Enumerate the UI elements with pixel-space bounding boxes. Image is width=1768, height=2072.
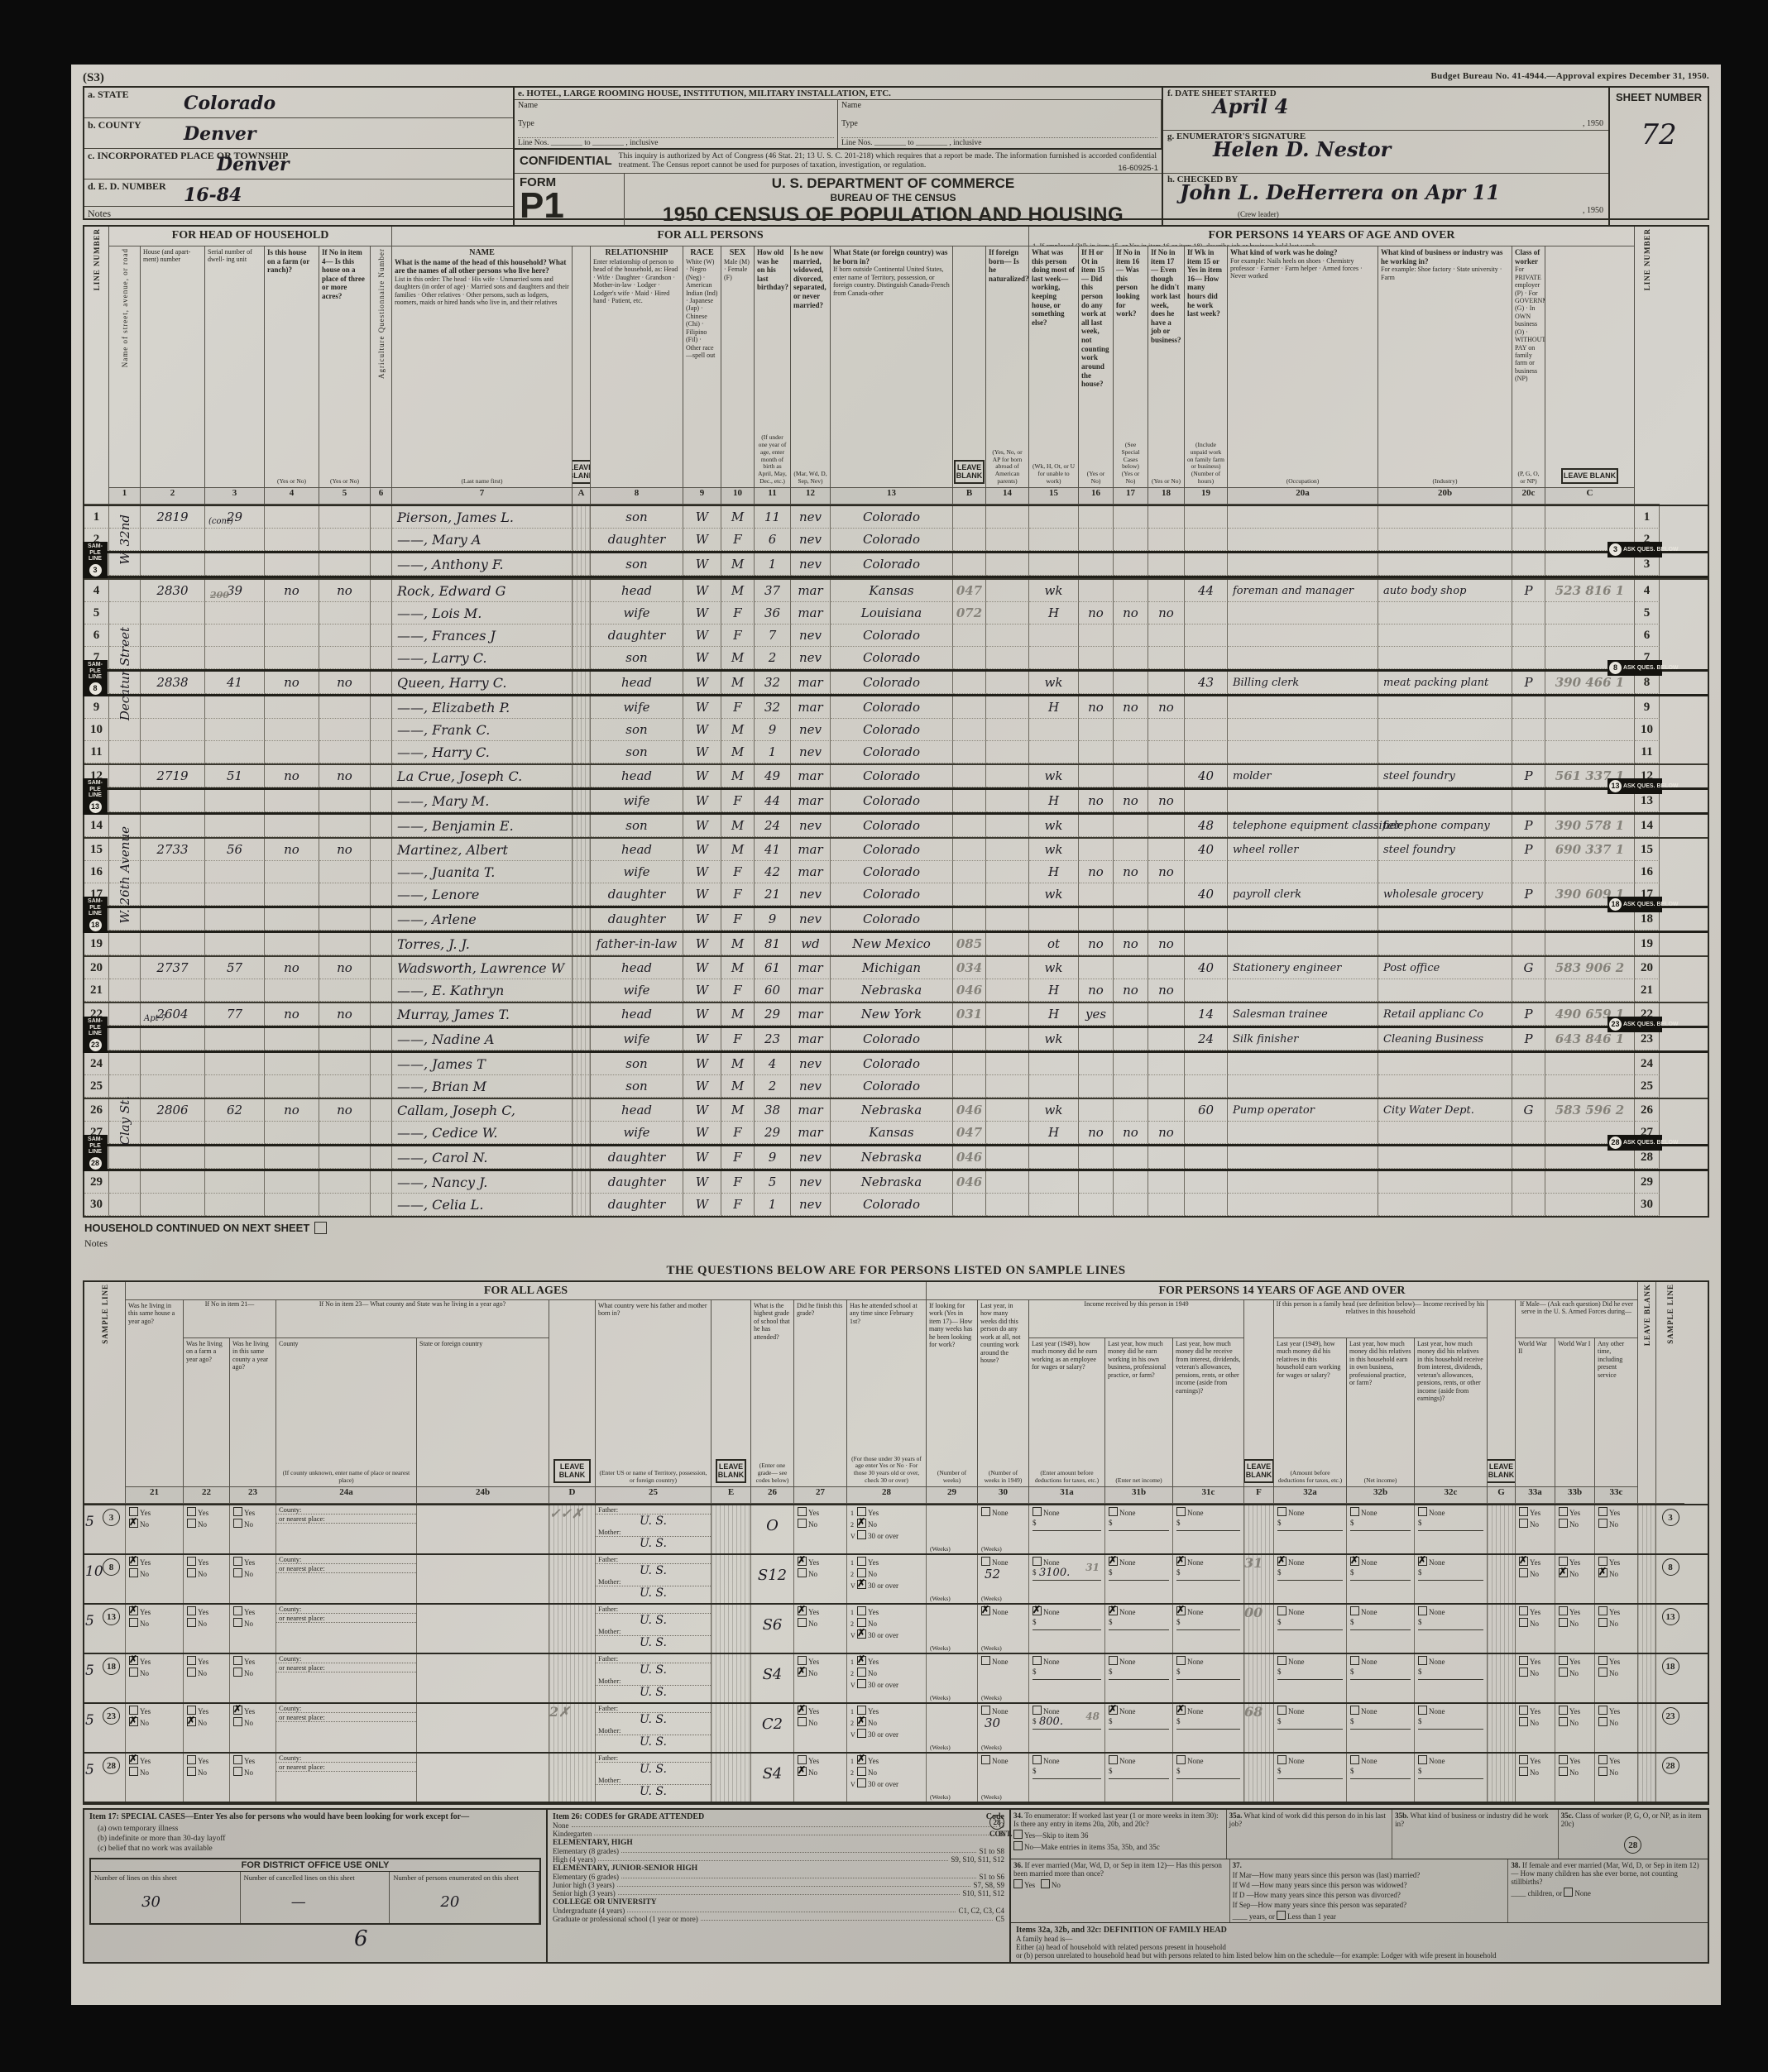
column-description: Was he living on a farm a year ago? — [186, 1340, 227, 1363]
empty-checkbox — [233, 1568, 242, 1577]
cell-value: M — [731, 842, 744, 857]
item-number: 34. — [1013, 1811, 1023, 1820]
cell-B — [953, 839, 986, 861]
cell-value: Callam, Joseph C, — [397, 1103, 515, 1118]
option-label: Yes — [244, 1608, 255, 1616]
cell-rel: daughter — [591, 1146, 683, 1169]
cell-mar: mar — [791, 861, 831, 883]
checkbox-option: None — [1415, 1555, 1487, 1567]
cell-value: 4 — [769, 1056, 777, 1071]
cell-A — [573, 1122, 591, 1144]
cell-w15 — [1029, 1194, 1079, 1216]
checkbox-option: No — [1555, 1616, 1594, 1628]
cell-value: 44 — [764, 793, 780, 808]
household-continued-label: HOUSEHOLD CONTINUED ON NEXT SHEET — [84, 1222, 309, 1234]
sample-row: 518YesNoYesNoYesNoCounty:or nearest plac… — [84, 1654, 1708, 1704]
checkbox-option: Yes — [1516, 1654, 1555, 1666]
cell-value: 41 — [227, 675, 242, 690]
cell-value: M — [731, 650, 744, 665]
empty-checkbox — [981, 1507, 990, 1516]
cell-cls: P — [1512, 765, 1545, 787]
cell-born: Colorado — [831, 1028, 953, 1050]
cell-value: 43 — [1198, 675, 1214, 690]
cell-w16: no — [1079, 861, 1114, 883]
option-label: No — [1609, 1719, 1618, 1727]
cell-leave-blank-E — [712, 1605, 751, 1653]
option-label: None — [1288, 1658, 1305, 1666]
checkbox-option: Yes — [230, 1704, 276, 1716]
checkbox-option: No — [184, 1666, 229, 1677]
cell-C — [1545, 861, 1635, 883]
badge-text: ASK QUES. BELOW — [1623, 1140, 1679, 1146]
checkbox-option: None — [978, 1555, 1028, 1567]
cell-value: 9 — [1644, 701, 1651, 715]
cell-sex: F — [721, 529, 755, 551]
dollar-line: $ — [1418, 1668, 1483, 1680]
cell-ind: auto body shop — [1378, 580, 1512, 602]
cell-hrs — [1185, 741, 1228, 763]
cell-w17: no — [1114, 696, 1148, 719]
checkbox-option: None — [1105, 1654, 1172, 1666]
cell-ind — [1378, 790, 1512, 812]
cell-age: 36 — [755, 602, 791, 624]
cell-ln2: 11 — [1635, 741, 1660, 763]
cell-grade: S6 — [751, 1605, 794, 1653]
cont-label: CONT. — [989, 1830, 1013, 1838]
cell-w18 — [1148, 908, 1185, 931]
cell-state — [417, 1704, 549, 1752]
cell-street — [109, 790, 141, 812]
cell-street — [109, 933, 141, 955]
cell-value: no — [284, 842, 299, 857]
cell-income-31c: None$ — [1173, 1754, 1244, 1802]
hotel-entry-2: Name Type Line Nos. ________ to ________… — [838, 100, 1162, 148]
sample-line-number: 18 — [1609, 898, 1622, 911]
cell-cls — [1512, 1122, 1545, 1144]
option-label: No — [244, 1620, 253, 1628]
column-question: If foreign born— Is he naturalized? — [989, 248, 1026, 283]
codes-row: Junior high (3 years)S7, S8, S9 — [553, 1881, 1004, 1889]
cell-farm — [265, 933, 319, 955]
cell-leave-blank-F — [1244, 1754, 1274, 1802]
option-label: Yes — [140, 1509, 151, 1517]
cell-hrs: 40 — [1185, 883, 1228, 906]
option-label: No — [244, 1570, 253, 1578]
cell-nat — [986, 719, 1029, 741]
checkbox-option: Yes — [230, 1505, 276, 1517]
column-number: 14 — [1003, 488, 1012, 498]
cell-nat — [986, 839, 1029, 861]
cell-weeks-worked: None(Weeks) — [978, 1505, 1029, 1553]
cell-parents-birthplace: Father:U. S.Mother:U. S. — [596, 1754, 712, 1802]
cell-w16 — [1079, 624, 1114, 647]
cell-value: W — [696, 722, 708, 737]
column-code-hint: (Last name first) — [395, 478, 569, 486]
cell-ln2: 19 — [1635, 933, 1660, 955]
cell-value: 25 — [1641, 1079, 1653, 1093]
option-label: Yes — [1530, 1558, 1540, 1567]
column-code-hint: (For those under 30 years of age enter Y… — [850, 1456, 923, 1485]
item34-no: No—Make entries in items 35a, 35b, and 3… — [1024, 1843, 1160, 1851]
cell-farm — [265, 1028, 319, 1050]
column-number-31a: 31a — [1029, 1487, 1105, 1504]
cell-nat — [986, 553, 1029, 576]
cell-w15: wk — [1029, 883, 1079, 906]
checkbox-option: None — [1173, 1605, 1243, 1616]
column-description: If born outside Continental United State… — [833, 266, 950, 297]
cell-nat — [986, 1146, 1029, 1169]
option-label: None — [1119, 1658, 1136, 1666]
dollar-line: $ — [1176, 1618, 1240, 1630]
option-label: No — [1569, 1719, 1579, 1727]
cell-q22: YesNo — [184, 1704, 230, 1752]
cell-sex: F — [721, 979, 755, 1002]
empty-checkbox — [1519, 1606, 1528, 1615]
cell-serial: 77 — [205, 1003, 265, 1026]
cell-w15 — [1029, 647, 1079, 669]
cell-sex: M — [721, 957, 755, 979]
cell-ln: 3SAM-PLELINE3 — [84, 553, 109, 576]
dollar-line: $ — [1109, 1767, 1169, 1779]
cell-B — [953, 553, 986, 576]
cell-serial — [205, 1194, 265, 1216]
code-label: Junior high (3 years) — [553, 1881, 615, 1889]
grade-value: S4 — [751, 1666, 793, 1683]
table-row: 26280662nonoCallam, Joseph C,headWM38mar… — [84, 1098, 1708, 1122]
cell-nat — [986, 672, 1029, 694]
cell-income-31b: None$ — [1105, 1754, 1173, 1802]
cell-occ — [1228, 624, 1378, 647]
cell-ind — [1378, 1075, 1512, 1098]
cell-w16 — [1079, 765, 1114, 787]
cell-serial: 51 — [205, 765, 265, 787]
item-text: If female and ever married (Mar, Wd, D, … — [1511, 1861, 1699, 1886]
cell-ind — [1378, 861, 1512, 883]
code-value: S7, S8, S9 — [973, 1881, 1004, 1889]
cell-income-32c: None$ — [1415, 1605, 1488, 1653]
cell-value: Wadsworth, Lawrence W — [397, 960, 564, 976]
cell-ln2: 16 — [1635, 861, 1660, 883]
column-code-hint: (Include unpaid work on family farm or b… — [1187, 442, 1224, 486]
cell-value: M — [731, 818, 744, 833]
cell-w17 — [1114, 672, 1148, 694]
checkbox-option: No — [1516, 1716, 1555, 1727]
cell-street — [109, 979, 141, 1002]
option-prefix: 1 — [850, 1559, 857, 1567]
option-label: None — [1429, 1707, 1445, 1716]
cell-B: 085 — [953, 933, 986, 955]
option-label: Yes — [1530, 1608, 1540, 1616]
option-label: Yes — [868, 1608, 879, 1616]
cell-w18 — [1148, 1194, 1185, 1216]
cell-w15 — [1029, 908, 1079, 931]
cell-value: P — [1524, 842, 1532, 857]
district-office-box: FOR DISTRICT OFFICE USE ONLY Number of l… — [89, 1858, 541, 1925]
column-code-hint: (Enter amount before deductions for taxe… — [1032, 1470, 1102, 1485]
cell-serial — [205, 529, 265, 551]
dollar-sign: $ — [1109, 1717, 1113, 1725]
dollar-sign: $ — [1277, 1717, 1282, 1725]
item37-line: If Wd —How many years since this person … — [1233, 1879, 1506, 1889]
cell-A — [573, 790, 591, 812]
code-label: None — [553, 1821, 569, 1830]
cell-farm — [265, 719, 319, 741]
cell-ind — [1378, 933, 1512, 955]
cell-agri — [371, 1053, 392, 1075]
dollar-sign: $ — [1350, 1519, 1354, 1527]
cell-house — [141, 790, 205, 812]
checkbox-option: None — [1173, 1505, 1243, 1517]
cell-value: W — [696, 936, 708, 951]
cell-value: 23 — [764, 1031, 780, 1046]
checkbox-option: None — [1105, 1754, 1172, 1765]
weeks-value: 52 — [978, 1567, 1000, 1582]
cell-w15 — [1029, 741, 1079, 763]
cell-name: ——, Frank C. — [392, 719, 573, 741]
empty-checkbox — [233, 1606, 242, 1615]
cell-age: 9 — [755, 908, 791, 931]
cell-ind — [1378, 979, 1512, 1002]
cell-agri — [371, 1028, 392, 1050]
option-label: None — [1361, 1707, 1378, 1716]
cell-state — [417, 1605, 549, 1653]
checkbox-option: Yes — [1595, 1754, 1637, 1765]
sample-line-number: 8 — [103, 1558, 120, 1576]
cell-cls: P — [1512, 672, 1545, 694]
date-value: April 4 — [1213, 94, 1288, 118]
checkbox-option: None — [1415, 1505, 1487, 1517]
hotel-label: e. HOTEL, LARGE ROOMING HOUSE, INSTITUTI… — [515, 88, 1162, 100]
cell-value: 046 — [956, 983, 982, 998]
cell-cls — [1512, 979, 1545, 1002]
grade-value: C2 — [751, 1716, 793, 1733]
cell-farm — [265, 1194, 319, 1216]
empty-checkbox — [1519, 1656, 1528, 1665]
empty-checkbox — [981, 1557, 990, 1566]
cell-occ: Stationery engineer — [1228, 957, 1378, 979]
empty-checkbox — [981, 1755, 990, 1764]
cell-name: Pierson, James L. — [392, 506, 573, 529]
cell-farm: no — [265, 839, 319, 861]
cell-born: Colorado — [831, 765, 953, 787]
checkbox-option: Yes — [126, 1555, 183, 1567]
option-label: No — [140, 1520, 149, 1529]
section-title-all: FOR ALL PERSONS — [392, 227, 1029, 246]
nearest-place-label: or nearest place: — [276, 1515, 416, 1524]
cell-leave-blank-F — [1244, 1505, 1274, 1553]
cell-occ: Silk finisher — [1228, 1028, 1378, 1050]
cell-farm — [265, 815, 319, 837]
column-header-rel: RELATIONSHIPEnter relationship of person… — [591, 246, 683, 488]
cell-value: ——, Nancy J. — [397, 1175, 487, 1190]
sample-row: 513YesNoYesNoYesNoCounty:or nearest plac… — [84, 1605, 1708, 1654]
cell-w16 — [1079, 1028, 1114, 1050]
cell-rel: son — [591, 647, 683, 669]
dollar-line: $ — [1350, 1767, 1411, 1779]
dept-title: U. S. DEPARTMENT OF COMMERCE — [625, 175, 1162, 192]
checked-checkbox — [1559, 1568, 1568, 1577]
empty-checkbox — [1519, 1568, 1528, 1577]
cell-w16 — [1079, 1146, 1114, 1169]
county-label: b. COUNTY — [88, 119, 141, 131]
cell-value: W — [696, 1056, 708, 1071]
cell-leave-blank-F — [1244, 1654, 1274, 1702]
empty-checkbox — [129, 1618, 138, 1627]
empty-checkbox — [857, 1530, 866, 1539]
cell-born: Nebraska — [831, 1146, 953, 1169]
empty-checkbox — [1418, 1507, 1427, 1516]
cell-ind: Post office — [1378, 957, 1512, 979]
cell-agri — [371, 624, 392, 647]
checkbox-option: No — [1555, 1765, 1594, 1777]
option-label: Yes — [198, 1658, 208, 1666]
checkbox-option: 2No — [847, 1567, 926, 1578]
cell-w16 — [1079, 957, 1114, 979]
cell-farm — [265, 647, 319, 669]
county-label: County: — [276, 1754, 416, 1763]
empty-checkbox — [187, 1557, 196, 1566]
cell-income-31c: None$ — [1173, 1605, 1244, 1653]
father-value: U. S. — [596, 1663, 711, 1677]
cell-ln2: 88ASK QUES. BELOW — [1635, 672, 1660, 694]
cell-income-32c: None$ — [1415, 1704, 1488, 1752]
margin-number: 5 — [85, 1514, 94, 1530]
cell-weeks-looking: (Weeks) — [927, 1704, 978, 1752]
codes-section-header: ELEMENTARY, JUNIOR-SENIOR HIGH — [553, 1864, 1004, 1873]
hotel-entry-1: Name Type Line Nos. ________ to ________… — [515, 100, 838, 148]
cell-value: no — [1158, 605, 1174, 620]
ask-questions-below-badge: 3ASK QUES. BELOW — [1607, 542, 1662, 557]
cell-acres: no — [319, 672, 371, 694]
cell-hrs: 40 — [1185, 765, 1228, 787]
grade-value: O — [751, 1517, 793, 1534]
cell-value: mar — [798, 1007, 822, 1022]
empty-checkbox — [1418, 1706, 1427, 1715]
cell-name: ——, Lois M. — [392, 602, 573, 624]
cell-rel: head — [591, 839, 683, 861]
checkbox-option: None — [1415, 1654, 1487, 1666]
cell-income-31c: None$ — [1173, 1654, 1244, 1702]
cell-value: no — [1088, 936, 1104, 951]
cell-name: ——, Brian M — [392, 1075, 573, 1098]
column-number-29: 29 — [927, 1487, 978, 1504]
weeks-caption: (Weeks) — [981, 1644, 1002, 1652]
cell-w18 — [1148, 506, 1185, 529]
option-prefix: V — [850, 1533, 857, 1540]
cell-q22: YesNo — [184, 1505, 230, 1553]
cell-occ — [1228, 1122, 1378, 1144]
name-label: Name — [841, 101, 1157, 110]
option-label: 30 or over — [868, 1582, 898, 1590]
sample-line-number: 18 — [89, 919, 102, 931]
cell-ind — [1378, 1171, 1512, 1194]
cell-rel: son — [591, 719, 683, 741]
cell-house — [141, 933, 205, 955]
cell-value: ——, Harry C. — [397, 744, 490, 760]
mother-label: Mother: — [596, 1677, 711, 1686]
cell-value: 2830 — [156, 583, 188, 598]
cell-value: F — [733, 983, 741, 998]
option-label: No — [140, 1620, 149, 1628]
column-header-w17: If No in item 16— Was this person lookin… — [1114, 246, 1148, 488]
checkbox-option: Yes — [1516, 1704, 1555, 1716]
cell-ind: wholesale grocery — [1378, 883, 1512, 906]
item-38: 38. If female and ever married (Mar, Wd,… — [1508, 1859, 1708, 1922]
checkbox-option: None — [1029, 1605, 1104, 1616]
cell-race: W — [683, 1053, 721, 1075]
column-code-hint: (Mar, Wd, D, Sep, Nev) — [793, 471, 827, 486]
cell-agri — [371, 672, 392, 694]
column-number-25: 25 — [596, 1487, 712, 1504]
cell-ind — [1378, 1146, 1512, 1169]
checkbox-option: 1Yes — [847, 1704, 926, 1716]
cell-value: W — [696, 1007, 708, 1022]
checkbox-option: Yes — [794, 1654, 846, 1666]
confidential-text: This inquiry is authorized by Act of Con… — [619, 152, 1157, 170]
footer: Item 17: SPECIAL CASES—Enter Yes also fo… — [83, 1808, 1709, 1964]
cell-ind — [1378, 529, 1512, 551]
option-label: None — [1288, 1608, 1305, 1616]
cell-agri — [371, 979, 392, 1002]
cell-mar: mar — [791, 1028, 831, 1050]
cell-rel: daughter — [591, 1194, 683, 1216]
cell-mar: nev — [791, 1171, 831, 1194]
cell-w15: wk — [1029, 815, 1079, 837]
cell-value: 690 337 1 — [1555, 842, 1625, 857]
cell-farm — [265, 861, 319, 883]
cell-value: no — [1158, 700, 1174, 715]
cell-serial — [205, 1146, 265, 1169]
cell-leave-blank-E — [712, 1654, 751, 1702]
option-label: No — [868, 1570, 877, 1578]
cell-w16 — [1079, 1075, 1114, 1098]
cell-hrs — [1185, 553, 1228, 576]
option-label: None — [1043, 1658, 1060, 1666]
option-label: None — [1288, 1558, 1305, 1567]
column-number-D: D — [549, 1487, 596, 1504]
empty-checkbox — [857, 1557, 866, 1566]
cell-cls — [1512, 908, 1545, 931]
cell-mar: mar — [791, 672, 831, 694]
table-row: 222604Apt 777nonoMurray, James T.headWM2… — [84, 1002, 1708, 1026]
ed-label: d. E. D. NUMBER — [88, 180, 166, 192]
cell-rel: son — [591, 553, 683, 576]
cell-acres: no — [319, 839, 371, 861]
crew-leader-label: (Crew leader) — [1238, 210, 1279, 218]
cell-ln: 14 — [84, 815, 109, 837]
cell-q21: YesNo — [126, 1605, 184, 1653]
cell-ln: 6 — [84, 624, 109, 647]
checkbox-option: None — [978, 1654, 1028, 1666]
signature-block: f. DATE SHEET STARTED April 4 , 1950 g. … — [1163, 88, 1610, 227]
weeks-value: 30 — [978, 1716, 1000, 1730]
empty-checkbox — [857, 1706, 866, 1715]
cell-mar: nev — [791, 1053, 831, 1075]
cell-agri — [371, 1194, 392, 1216]
cell-value: Pump operator — [1233, 1104, 1315, 1117]
cell-value: 40 — [1198, 842, 1214, 857]
cell-ln2: 20 — [1635, 957, 1660, 979]
cell-value: W — [696, 768, 708, 783]
codes-section-header: ELEMENTARY, HIGH — [553, 1838, 1004, 1847]
cell-w18 — [1148, 1053, 1185, 1075]
item36-yes: Yes — [1024, 1881, 1035, 1889]
option-label: No — [1569, 1620, 1579, 1628]
empty-checkbox — [233, 1755, 242, 1764]
weeks-caption: (Weeks) — [981, 1744, 1002, 1751]
column-number-A: A — [573, 488, 591, 505]
cell-value: 583 906 2 — [1555, 960, 1625, 975]
